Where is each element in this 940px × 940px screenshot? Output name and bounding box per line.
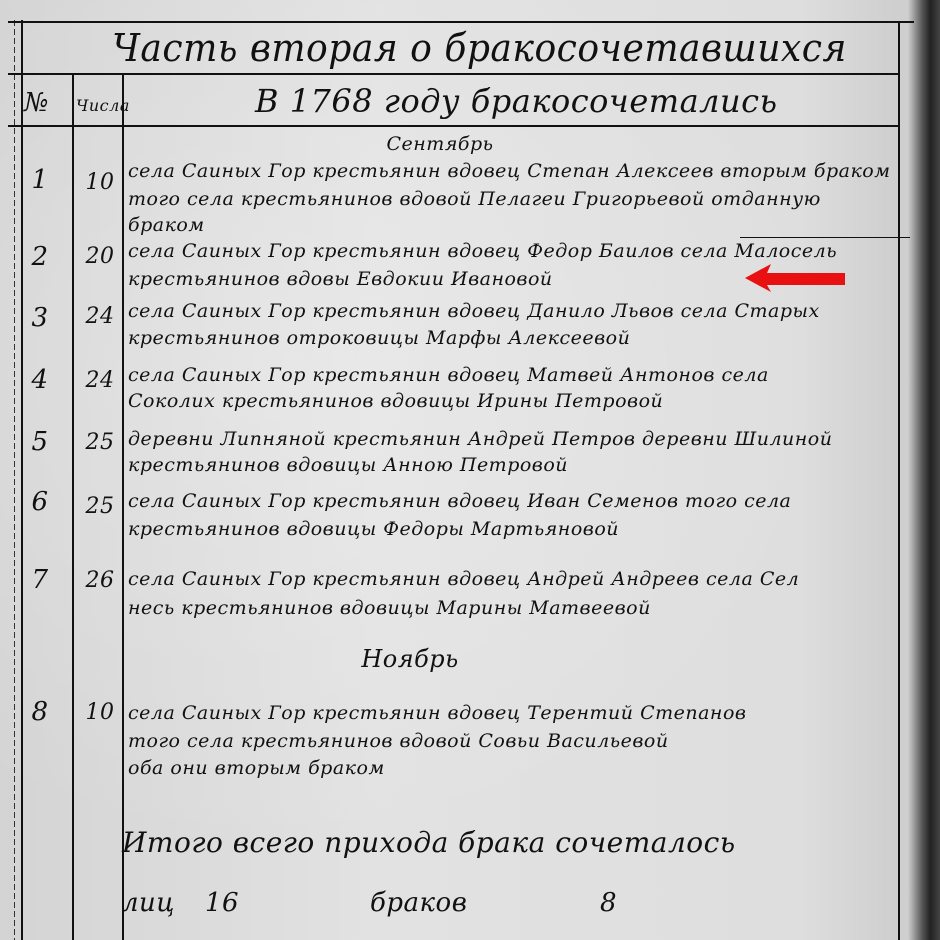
- right-border: [898, 22, 900, 940]
- red-arrow-icon: [745, 264, 845, 292]
- entry-number: 4: [20, 365, 60, 395]
- entry-number: 5: [20, 427, 60, 457]
- column-divider-number: [72, 73, 74, 940]
- entry-text-line: того села крестьянинов вдовой Пелагеи Гр…: [128, 188, 821, 210]
- margin-rule: [14, 20, 15, 940]
- total-summary: Итого всего прихода брака сочеталось: [122, 826, 736, 859]
- entry-number: 3: [20, 303, 60, 333]
- entry-text-line: села Саиных Гор крестьянин вдовец Федор …: [128, 240, 837, 262]
- entry-text-line: села Саиных Гор крестьянин вдовец Степан…: [128, 160, 891, 182]
- entry-text-line: того села крестьянинов вдовой Совьи Васи…: [128, 730, 669, 752]
- total-persons-count: 16: [205, 888, 239, 918]
- entry-text-line: крестьянинов вдовы Евдокии Ивановой: [128, 268, 553, 290]
- entry-text-line: села Саиных Гор крестьянин вдовец Данило…: [128, 300, 820, 322]
- entry-text-line: села Саиных Гор крестьянин вдовец Матвей…: [128, 364, 769, 386]
- entry-day: 10: [78, 170, 122, 195]
- page-edge-shadow: [908, 0, 940, 940]
- entry-day: 24: [78, 304, 122, 329]
- entry-text-line: оба они вторым браком: [128, 757, 385, 779]
- entry-text-line: села Саиных Гор крестьянин вдовец Терент…: [128, 702, 746, 724]
- total-marriages-label: браков: [370, 888, 467, 918]
- entry-day: 26: [78, 568, 122, 593]
- entry-number: 1: [20, 165, 60, 195]
- column-divider-day: [122, 73, 124, 940]
- page-title: Часть вторая о бракосочетавшихся: [112, 26, 847, 70]
- entry-number: 6: [20, 487, 60, 517]
- register-page: Часть вторая о бракосочетавшихся В 1768 …: [0, 0, 940, 940]
- short-rule: [740, 237, 910, 238]
- entry-text-line: деревни Липняной крестьянин Андрей Петро…: [128, 428, 832, 450]
- entry-text-line: браком: [128, 214, 205, 236]
- entry-text-line: села Саиных Гор крестьянин вдовец Андрей…: [128, 568, 799, 590]
- entry-day: 10: [78, 700, 122, 725]
- entry-text-line: несь крестьянинов вдовицы Марины Матвеев…: [128, 597, 651, 619]
- entry-number: 2: [20, 242, 60, 272]
- entry-text-line: крестьянинов отроковицы Марфы Алексеевой: [128, 327, 630, 349]
- total-marriages-count: 8: [600, 888, 617, 918]
- entry-number: 8: [20, 697, 60, 727]
- header-rule: [8, 125, 900, 127]
- column-header-day: Числа: [76, 96, 130, 115]
- column-header-number: №: [24, 88, 49, 118]
- entry-number: 7: [20, 565, 60, 595]
- entry-text-line: крестьянинов вдовицы Анною Петровой: [128, 454, 568, 476]
- left-border: [21, 20, 23, 940]
- entry-day: 24: [78, 368, 122, 393]
- entry-day: 20: [78, 244, 122, 269]
- entry-text-line: крестьянинов вдовицы Федоры Мартьяновой: [128, 518, 619, 540]
- total-persons-label: лиц: [122, 888, 175, 918]
- top-rule: [8, 21, 914, 23]
- entry-day: 25: [78, 494, 122, 519]
- entry-text-line: села Саиных Гор крестьянин вдовец Иван С…: [128, 490, 791, 512]
- month-heading: Ноябрь: [350, 645, 470, 673]
- page-subtitle: В 1768 году бракосочетались: [255, 82, 778, 120]
- entry-text-line: Соколих крестьянинов вдовицы Ирины Петро…: [128, 390, 663, 412]
- title-rule: [8, 73, 900, 75]
- entry-day: 25: [78, 430, 122, 455]
- month-heading: Сентябрь: [380, 133, 500, 155]
